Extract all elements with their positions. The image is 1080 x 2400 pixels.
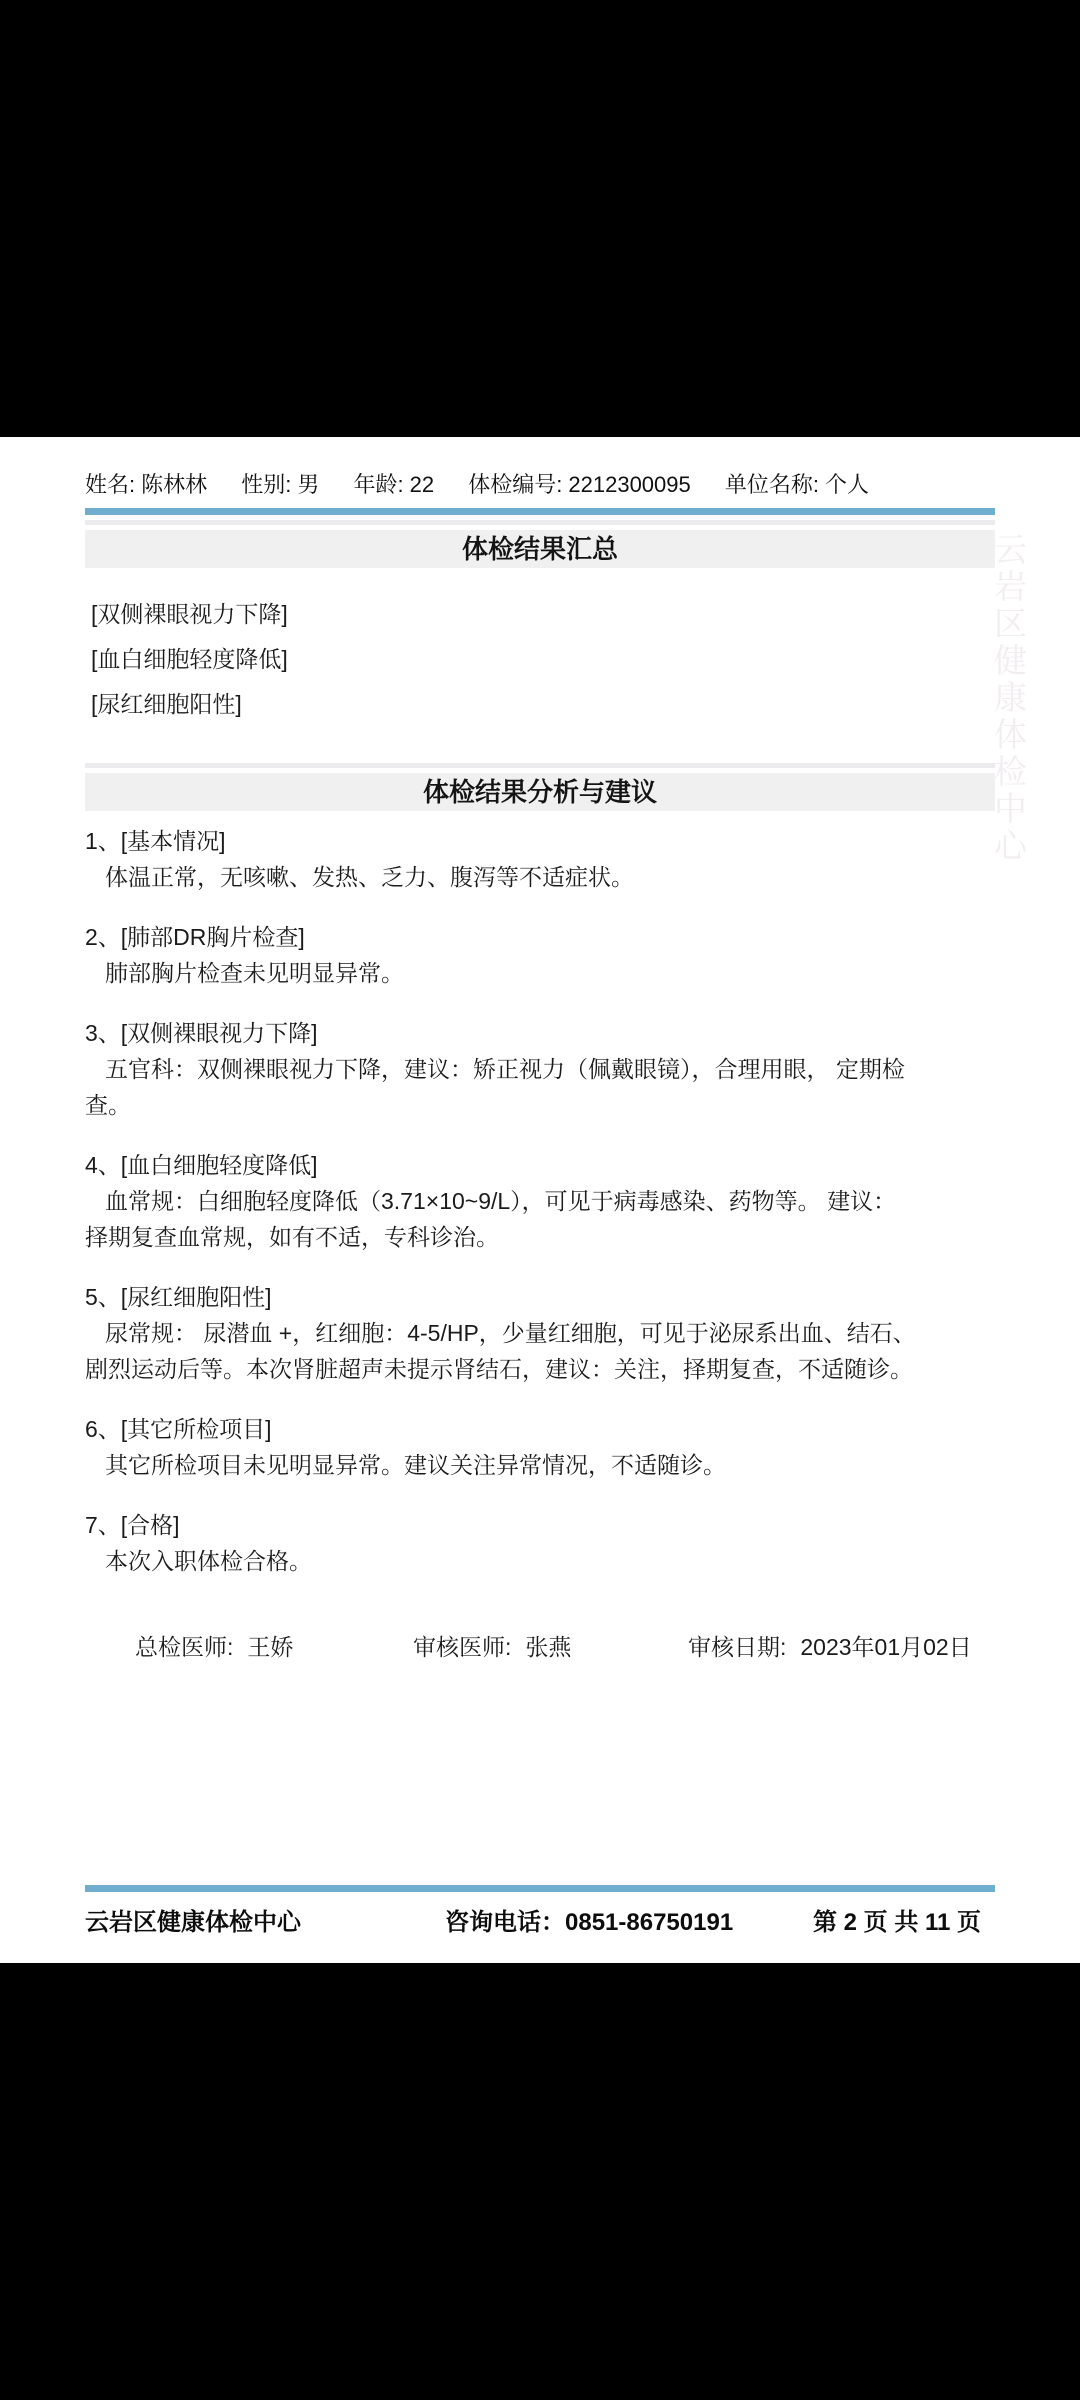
analysis-section-2: 2、[肺部DR胸片检查] 肺部胸片检查未见明显异常。 <box>85 919 995 991</box>
patient-org-value: 个人 <box>825 472 869 497</box>
patient-gender-label: 性别: <box>241 472 291 497</box>
section-heading: 3、[双侧裸眼视力下降] <box>85 1015 995 1051</box>
review-date-value: 2023年01月02日 <box>800 1634 971 1660</box>
analysis-section-4: 4、[血白细胞轻度降低] 血常规：白细胞轻度降低（3.71×10~9/L），可见… <box>85 1147 995 1255</box>
review-date-label: 审核日期: <box>688 1634 786 1660</box>
section-body-line: 择期复查血常规，如有不适，专科诊治。 <box>85 1219 995 1255</box>
section-body-line: 五官科：双侧裸眼视力下降，建议：矫正视力（佩戴眼镜），合理用眼， 定期检 <box>85 1051 995 1087</box>
summary-section-title: 体检结果汇总 <box>85 530 995 568</box>
section-heading: 4、[血白细胞轻度降低] <box>85 1147 995 1183</box>
review-doctor-field: 审核医师:张燕 <box>413 1629 571 1662</box>
patient-name-label: 姓名: <box>85 472 135 497</box>
analysis-section-6: 6、[其它所检项目] 其它所检项目未见明显异常。建议关注异常情况，不适随诊。 <box>85 1411 995 1483</box>
patient-exam-id-field: 体检编号:2212300095 <box>468 472 690 497</box>
patient-org-field: 单位名称:个人 <box>725 472 869 497</box>
chief-doctor-field: 总检医师:王娇 <box>135 1629 293 1662</box>
section-body-line: 尿常规： 尿潜血 +，红细胞：4-5/HP，少量红细胞，可见于泌尿系出血、结石、 <box>85 1315 995 1351</box>
summary-item: [血白细胞轻度降低] <box>85 637 995 682</box>
report-page: 云岩区健康体检中心 姓名:陈林林 性别:男 年龄:22 体检编号:2212300… <box>0 437 1080 1963</box>
patient-age-value: 22 <box>410 472 434 497</box>
patient-org-label: 单位名称: <box>725 472 819 497</box>
analysis-section-1: 1、[基本情况] 体温正常，无咳嗽、发热、乏力、腹泻等不适症状。 <box>85 823 995 895</box>
section-body-line: 查。 <box>85 1087 995 1123</box>
section-body-line: 体温正常，无咳嗽、发热、乏力、腹泻等不适症状。 <box>85 859 995 895</box>
footer-row: 云岩区健康体检中心 咨询电话：0851-86750191 第 2 页 共 11 … <box>85 1906 995 1940</box>
review-doctor-label: 审核医师: <box>413 1634 511 1660</box>
patient-gender-value: 男 <box>297 472 319 497</box>
footer-divider-line <box>85 1885 995 1892</box>
footer-center-name: 云岩区健康体检中心 <box>85 1906 301 1940</box>
section-body-line: 血常规：白细胞轻度降低（3.71×10~9/L），可见于病毒感染、药物等。 建议… <box>85 1183 995 1219</box>
patient-name-field: 姓名:陈林林 <box>85 472 207 497</box>
analysis-band-strip <box>85 763 995 768</box>
section-heading: 1、[基本情况] <box>85 823 995 859</box>
patient-gender-field: 性别:男 <box>241 472 319 497</box>
analysis-section-5: 5、[尿红细胞阳性] 尿常规： 尿潜血 +，红细胞：4-5/HP，少量红细胞，可… <box>85 1279 995 1387</box>
patient-exam-id-label: 体检编号: <box>468 472 562 497</box>
report-content: 姓名:陈林林 性别:男 年龄:22 体检编号:2212300095 单位名称:个… <box>0 437 1080 1665</box>
section-body-line: 剧烈运动后等。本次肾脏超声未提示肾结石，建议：关注，择期复查，不适随诊。 <box>85 1351 995 1387</box>
analysis-section-7: 7、[合格] 本次入职体检合格。 <box>85 1507 995 1579</box>
chief-doctor-name: 王娇 <box>247 1634 293 1660</box>
analysis-section-title: 体检结果分析与建议 <box>85 773 995 811</box>
analysis-sections: 1、[基本情况] 体温正常，无咳嗽、发热、乏力、腹泻等不适症状。 2、[肺部DR… <box>85 823 995 1579</box>
footer-phone: 咨询电话：0851-86750191 <box>445 1906 733 1940</box>
section-body-line: 本次入职体检合格。 <box>85 1543 995 1579</box>
section-heading: 2、[肺部DR胸片检查] <box>85 919 995 955</box>
analysis-section-3: 3、[双侧裸眼视力下降] 五官科：双侧裸眼视力下降，建议：矫正视力（佩戴眼镜），… <box>85 1015 995 1123</box>
summary-item: [尿红细胞阳性] <box>85 682 995 727</box>
review-doctor-name: 张燕 <box>525 1634 571 1660</box>
phone-screen: 云岩区健康体检中心 姓名:陈林林 性别:男 年龄:22 体检编号:2212300… <box>0 0 1080 2400</box>
section-heading: 7、[合格] <box>85 1507 995 1543</box>
chief-doctor-label: 总检医师: <box>135 1634 233 1660</box>
summary-band-strip <box>85 520 995 525</box>
header-divider-line <box>85 508 995 515</box>
review-date-field: 审核日期:2023年01月02日 <box>688 1629 972 1662</box>
patient-age-field: 年龄:22 <box>354 472 435 497</box>
patient-age-label: 年龄: <box>354 472 404 497</box>
section-heading: 6、[其它所检项目] <box>85 1411 995 1447</box>
section-body-line: 其它所检项目未见明显异常。建议关注异常情况，不适随诊。 <box>85 1447 995 1483</box>
page-footer: 云岩区健康体检中心 咨询电话：0851-86750191 第 2 页 共 11 … <box>85 1885 995 1940</box>
section-body-line: 肺部胸片检查未见明显异常。 <box>85 955 995 991</box>
summary-item: [双侧裸眼视力下降] <box>85 592 995 637</box>
footer-page-indicator: 第 2 页 共 11 页 <box>813 1906 981 1940</box>
summary-list: [双侧裸眼视力下降] [血白细胞轻度降低] [尿红细胞阳性] <box>85 592 995 727</box>
section-heading: 5、[尿红细胞阳性] <box>85 1279 995 1315</box>
patient-exam-id-value: 2212300095 <box>568 472 690 497</box>
patient-name-value: 陈林林 <box>141 472 207 497</box>
signature-row: 总检医师:王娇 审核医师:张燕 审核日期:2023年01月02日 <box>85 1629 995 1665</box>
patient-info-row: 姓名:陈林林 性别:男 年龄:22 体检编号:2212300095 单位名称:个… <box>85 470 995 500</box>
